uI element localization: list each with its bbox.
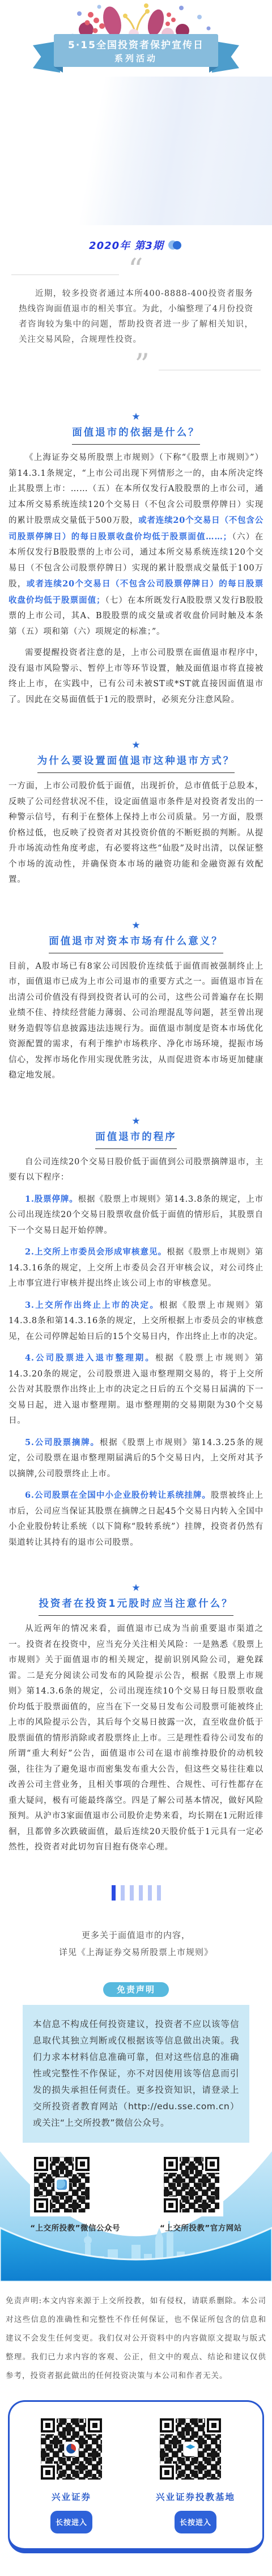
sse-wechat-qr-label: “上交所投教”微信公众号 xyxy=(30,2222,120,2233)
section-why: ★ 为什么要设置面值退市这种退市方式？ 一方面，上市公司股价低于面值，出现折价，… xyxy=(0,740,272,888)
star-icon: ★ xyxy=(0,411,272,423)
sse-website-qr-code[interactable] xyxy=(160,2153,223,2216)
more-info-line1: 更多关于面值退市的内容， xyxy=(0,1927,272,1944)
banner-title-line1: 5·15全国投资者保护宣传日 xyxy=(54,37,218,51)
bars-decoration-icon xyxy=(0,1885,272,1901)
procedure-item: 1.股票停牌。根据《股票上市规则》第14.3.8条的规定，上市公司出现连续20个… xyxy=(0,1192,272,1239)
sse-website-qr-label: “上交所投教”官方网站 xyxy=(160,2222,242,2233)
procedure-item: 5.公司股票摘牌。根据《股票上市规则》第14.3.25条的规定，公司股票在退市整… xyxy=(0,1435,272,1483)
issue-label: 2020年 第3期 xyxy=(89,238,164,252)
broker-qr-label: 兴业证券 xyxy=(37,2490,106,2503)
issue-dot-icon xyxy=(168,240,183,250)
close-quote-icon: ” xyxy=(134,362,150,377)
broker-qr-code[interactable] xyxy=(37,2414,106,2484)
quote-open-row: “ xyxy=(0,265,272,284)
section-basis: ★ 面值退市的依据是什么？ 《上海证券交易所股票上市规则》（下称“《股票上市规则… xyxy=(0,411,272,708)
open-quote-icon: “ xyxy=(128,267,143,282)
more-info-line2: 详见《上海证券交易所股票上市规则》 xyxy=(0,1944,272,1961)
quote-line xyxy=(11,275,119,275)
procedure-item: 6.公司股票在全国中小企业股份转让系统挂牌。股票被终止上市后，公司应当保证其股票… xyxy=(0,1488,272,1551)
edu-base-logo-icon xyxy=(183,2442,198,2456)
procedure-item-lead: 6.公司股票在全国中小企业股份转让系统挂牌。 xyxy=(25,1490,211,1500)
broker-logo-icon xyxy=(64,2442,79,2456)
procedure-item-lead: 4.公司股票进入退市整理期。 xyxy=(25,1353,155,1363)
procedure-item-lead: 3.上交所作出终止上市的决定。 xyxy=(25,1300,159,1310)
procedure-item-text: 根据《股票上市规则》第14.3.20条的规定，公司股票进入退市整理期交易的，将于… xyxy=(8,1354,263,1425)
broker-qr-item: 兴业证券 长按进入 xyxy=(37,2414,106,2533)
section-paragraph: 需要提醒投资者注意的是，上市公司股票在面值退市程序中，没有退市风险警示、暂停上市… xyxy=(0,645,272,708)
star-icon: ★ xyxy=(0,740,272,751)
procedure-intro: 自公司连续20个交易日股价低于面值到公司股票摘牌退市，主要有以下程序： xyxy=(0,1155,272,1186)
section-investor-notice: ★ 投资者在投资1元股时应当注意什么？ 从近两年的情况来看，面值退市已成为当前重… xyxy=(0,1582,272,1856)
section-title: 面值退市的依据是什么？ xyxy=(72,425,200,445)
edu-base-enter-button[interactable]: 长按进入 xyxy=(175,2511,216,2533)
section-title: 面值退市对资本市场有什么意义？ xyxy=(49,934,223,953)
quote-line xyxy=(159,370,261,370)
procedure-item: 4.公司股票进入退市整理期。根据《股票上市规则》第14.3.20条的规定，公司股… xyxy=(0,1350,272,1429)
star-icon: ★ xyxy=(0,1116,272,1127)
sse-wechat-qr-item: “上交所投教”微信公众号 xyxy=(30,2153,120,2233)
section-title: 面值退市的程序 xyxy=(95,1129,177,1149)
article-page: 5·15全国投资者保护宣传日 系列活动 2020年 第3期 “ 近期，较多投资者… xyxy=(0,0,272,2576)
sse-wechat-qr-code[interactable] xyxy=(30,2153,93,2216)
banner-title: 5·15全国投资者保护宣传日 系列活动 xyxy=(54,34,218,67)
sse-mascot-icon xyxy=(54,2177,69,2192)
edu-base-qr-label: 兴业证券投教基地 xyxy=(156,2490,235,2503)
more-info: 更多关于面值退市的内容， 详见《上海证券交易所股票上市规则》 xyxy=(0,1927,272,1961)
section-paragraph: 《上海证券交易所股票上市规则》（下称“《股票上市规则》”）第14.3.1条规定，… xyxy=(0,450,272,640)
star-icon: ★ xyxy=(0,1582,272,1594)
edu-base-qr-code[interactable] xyxy=(156,2414,225,2484)
banner-title-line2: 系列活动 xyxy=(54,52,218,64)
sse-qr-band: “上交所投教”微信公众号 “上交所投教”官方网站 xyxy=(0,2143,272,2282)
section-title: 投资者在投资1元股时应当注意什么？ xyxy=(39,1596,233,1616)
procedure-item-lead: 5.公司股票摘牌。 xyxy=(25,1438,100,1447)
header-banner: 5·15全国投资者保护宣传日 系列活动 xyxy=(0,0,272,77)
quote-close-row: ” xyxy=(0,360,272,379)
broker-enter-button[interactable]: 长按进入 xyxy=(50,2511,92,2533)
section-meaning: ★ 面值退市对资本市场有什么意义？ 目前，A股市场已有8家公司因股价连续低于面值… xyxy=(0,920,272,1084)
star-icon: ★ xyxy=(0,920,272,931)
section-procedure: ★ 面值退市的程序 自公司连续20个交易日股价低于面值到公司股票摘牌退市，主要有… xyxy=(0,1116,272,1551)
section-paragraph: 目前，A股市场已有8家公司因股价连续低于面值而被强制终止上市，面值退市已成为上市… xyxy=(0,959,272,1084)
procedure-item: 2.上交所上市委员会形成审核意见。根据《股票上市规则》第14.3.16条的规定，… xyxy=(0,1244,272,1292)
procedure-item-lead: 1.股票停牌。 xyxy=(25,1194,78,1204)
section-paragraph: 从近两年的情况来看，面值退市已成为当前重要退市渠道之一。投资者在投资中，应当充分… xyxy=(0,1621,272,1856)
background-gradient-strip xyxy=(0,77,272,225)
disclaimer-badge: 免责声明 xyxy=(103,1982,169,1997)
footer-card: 兴业证券 长按进入 兴业证券投教基地 长按进入 xyxy=(8,2400,264,2553)
section-paragraph: 一方面，上市公司股价低于面值，出现折价，总市值低于总股本，反映了公司经营状况不佳… xyxy=(0,779,272,888)
disclaimer-box: 本信息不构成任何投资建议，投资者不应以该等信息取代其独立判断或仅根据该等信息做出… xyxy=(23,2005,249,2143)
section-title: 为什么要设置面值退市这种退市方式？ xyxy=(37,753,235,773)
procedure-item-lead: 2.上交所上市委员会形成审核意见。 xyxy=(25,1247,167,1257)
issue-row: 2020年 第3期 xyxy=(0,238,272,252)
bottom-spacer xyxy=(0,2553,272,2576)
intro-paragraph: 近期，较多投资者通过本所400-8888-400投资者服务热线咨询面值退市的相关… xyxy=(0,286,272,348)
edu-base-qr-item: 兴业证券投教基地 长按进入 xyxy=(156,2414,235,2533)
footer-disclaimer: 免责声明:本文内容来源于上交所投教，如有侵权，请联系删除。本公司对这些信息的准确… xyxy=(0,2292,272,2385)
sse-website-qr-item: “上交所投教”官方网站 xyxy=(160,2153,242,2233)
procedure-item: 3.上交所作出终止上市的决定。根据《股票上市规则》第14.3.8条和第14.3.… xyxy=(0,1298,272,1345)
